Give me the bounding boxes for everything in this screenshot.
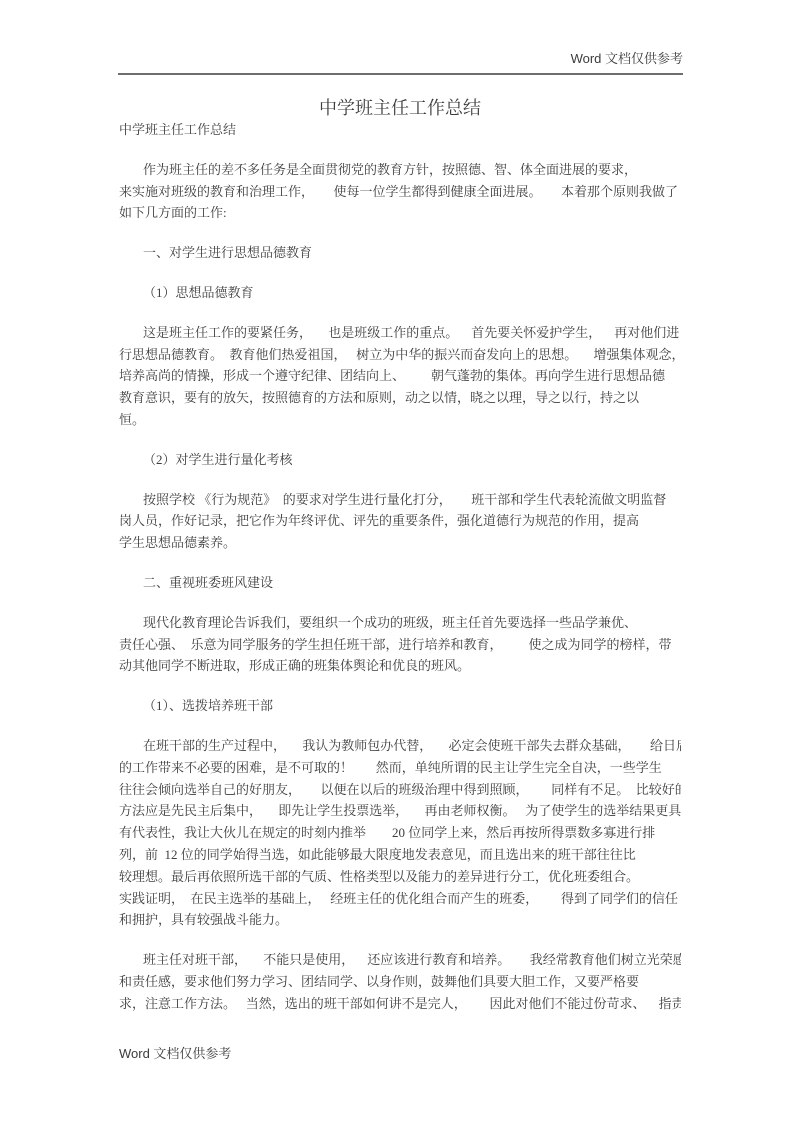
paragraph: 作为班主任的差不多任务是全面贯彻党的教育方针，按照德、智、体全面进展的要求，来实… (119, 159, 681, 224)
text-line: 和责任感，要求他们努力学习、团结同学、以身作则，鼓舞他们具要大胆工作，又要严格要 (119, 971, 681, 993)
text-line: 较理想。最后再依照所选干部的气质、性格类型以及能力的差异进行分工，优化班委组合。 (119, 866, 681, 888)
text-line: 按照学校 《行为规范》 的要求对学生进行量化打分， 班干部和学生代表轮流做文明监… (119, 489, 681, 511)
text-line: 往往会倾向选举自己的好朋友， 以便在以后的班级治理中得到照顾， 同样有不足。 比… (119, 779, 681, 801)
paragraph: 按照学校 《行为规范》 的要求对学生进行量化打分， 班干部和学生代表轮流做文明监… (119, 489, 681, 554)
text-line: 的工作带来不必要的困难，是不可取的！ 然而，单纯所谓的民主让学生完全自决，一些学… (119, 757, 681, 779)
text-line: 恒。 (119, 409, 681, 431)
text-line: （2）对学生进行量化考核 (119, 449, 681, 471)
text-line: 培养高尚的情操，形成一个遵守纪律、团结向上、 朝气蓬勃的集体。再向学生进行思想品… (119, 365, 681, 387)
paragraph: 这是班主任工作的要紧任务， 也是班级工作的重点。 首先要关怀爱护学生， 再对他们… (119, 322, 681, 431)
heading: （1）思想品德教育 (119, 282, 681, 304)
text-line: 一、对学生进行思想品德教育 (119, 242, 681, 264)
text-line: （1）、选拨培养班干部 (119, 695, 681, 717)
page-header: Word 文档仅供参考 (118, 50, 683, 75)
text-line: 和拥护，具有较强战斗能力。 (119, 909, 681, 931)
paragraph: 在班干部的生产过程中， 我认为教师包办代替， 必定会使班干部失去群众基础， 给日… (119, 735, 681, 931)
document-content: 中学班主任工作总结 中学班主任工作总结 作为班主任的差不多任务是全面贯彻党的教育… (119, 97, 681, 1015)
text-line: 行思想品德教育。 教育他们热爱祖国， 树立为中华的振兴而奋发向上的思想。 增强集… (119, 344, 681, 366)
text-line: 作为班主任的差不多任务是全面贯彻党的教育方针，按照德、智、体全面进展的要求， (119, 159, 681, 181)
document-title-left: 中学班主任工作总结 (119, 119, 681, 141)
text-line: 实践证明， 在民主选举的基础上， 经班主任的优化组合而产生的班委， 得到了同学们… (119, 888, 681, 910)
heading: 一、对学生进行思想品德教育 (119, 242, 681, 264)
text-line: 来实施对班级的教育和治理工作， 使每一位学生都得到健康全面进展。 本着那个原则我… (119, 181, 681, 203)
document-title-centered: 中学班主任工作总结 (119, 97, 681, 119)
paragraph: 现代化教育理论告诉我们，要组织一个成功的班级，班主任首先要选择一些品学兼优、责任… (119, 612, 681, 677)
heading: 二、重视班委班风建设 (119, 572, 681, 594)
text-line: 方法应是先民主后集中， 即先让学生投票选举， 再由老师权衡。 为了使学生的选举结… (119, 800, 681, 822)
document-body: 作为班主任的差不多任务是全面贯彻党的教育方针，按照德、智、体全面进展的要求，来实… (119, 159, 681, 1015)
text-line: 学生思想品德素养。 (119, 532, 681, 554)
text-line: 动其他同学不断进取，形成正确的班集体舆论和优良的班风。 (119, 655, 681, 677)
page-footer: Word 文档仅供参考 (119, 1045, 231, 1062)
paragraph: 班主任对班干部， 不能只是使用， 还应该进行教育和培养。 我经常教育他们树立光荣… (119, 949, 681, 1014)
heading: （2）对学生进行量化考核 (119, 449, 681, 471)
text-line: 在班干部的生产过程中， 我认为教师包办代替， 必定会使班干部失去群众基础， 给日… (119, 735, 681, 757)
heading: （1）、选拨培养班干部 (119, 695, 681, 717)
text-line: 岗人员，作好记录，把它作为年终评优、评先的重要条件，强化道德行为规范的作用，提高 (119, 510, 681, 532)
text-line: 班主任对班干部， 不能只是使用， 还应该进行教育和培养。 我经常教育他们树立光荣… (119, 949, 681, 971)
word-document-page: Word 文档仅供参考 中学班主任工作总结 中学班主任工作总结 作为班主任的差不… (0, 0, 792, 1122)
text-line: 教育意识，要有的放矢，按照德育的方法和原则，动之以情，晓之以理，导之以行，持之以 (119, 387, 681, 409)
text-line: 列，前 12 位的同学始得当选，如此能够最大限度地发表意见，而且选出来的班干部往… (119, 844, 681, 866)
text-line: 如下几方面的工作: (119, 202, 681, 224)
text-line: 有代表性，我让大伙儿在规定的时刻内推举 20 位同学上来，然后再按所得票数多寡进… (119, 822, 681, 844)
text-line: 责任心强、 乐意为同学服务的学生担任班干部，进行培养和教育， 使之成为同学的榜样… (119, 634, 681, 656)
text-line: （1）思想品德教育 (119, 282, 681, 304)
text-line: 这是班主任工作的要紧任务， 也是班级工作的重点。 首先要关怀爱护学生， 再对他们… (119, 322, 681, 344)
text-line: 现代化教育理论告诉我们，要组织一个成功的班级，班主任首先要选择一些品学兼优、 (119, 612, 681, 634)
text-line: 求，注意工作方法。 当然，选出的班干部如何讲不是完人， 因此对他们不能过份苛求、… (119, 993, 681, 1015)
text-line: 二、重视班委班风建设 (119, 572, 681, 594)
